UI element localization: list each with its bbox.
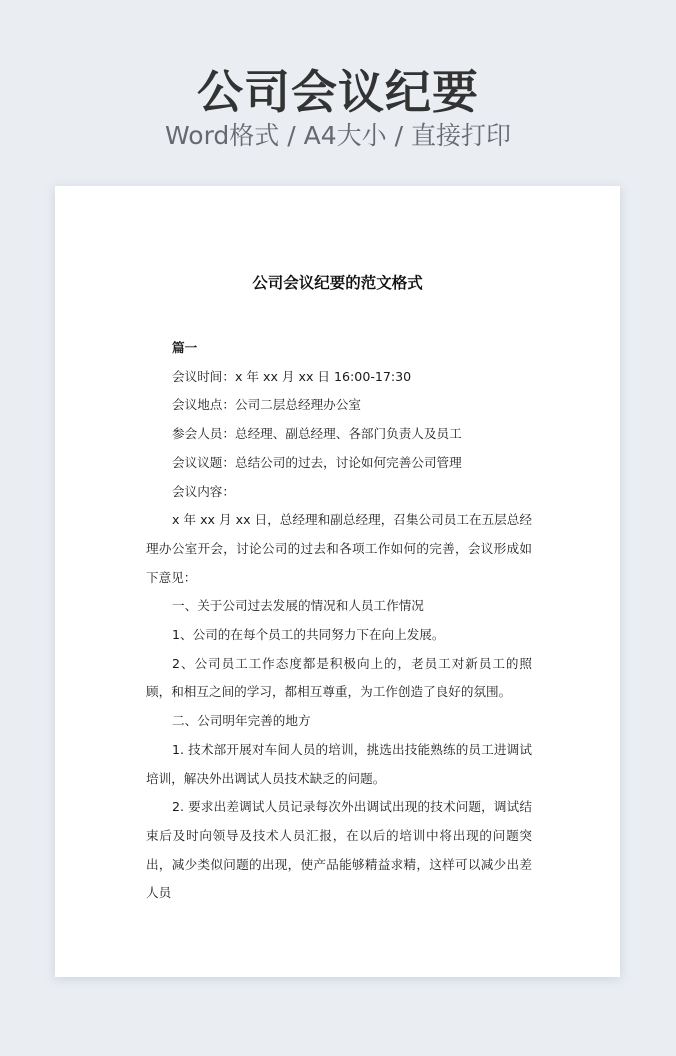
section-heading: 篇一 [146,334,532,363]
paragraph: 2. 要求出差调试人员记录每次外出调试出现的技术问题，调试结束后及时向领导及技术… [146,793,532,908]
paragraph: 二、公司明年完善的地方 [146,707,532,736]
document-title: 公司会议纪要的范文格式 [55,272,620,294]
document-body: 篇一 会议时间：x 年 xx 月 xx 日 16:00-17:30 会议地点：公… [146,334,532,908]
paragraph: 一、关于公司过去发展的情况和人员工作情况 [146,592,532,621]
meeting-topic: 会议议题：总结公司的过去，讨论如何完善公司管理 [146,449,532,478]
paragraph: 2、公司员工工作态度都是积极向上的，老员工对新员工的照顾，和相互之间的学习，都相… [146,650,532,707]
document-page: 公司会议纪要的范文格式 篇一 会议时间：x 年 xx 月 xx 日 16:00-… [55,186,620,977]
meeting-time: 会议时间：x 年 xx 月 xx 日 16:00-17:30 [146,363,532,392]
meeting-location: 会议地点：公司二层总经理办公室 [146,391,532,420]
paragraph: x 年 xx 月 xx 日，总经理和副总经理，召集公司员工在五层总经理办公室开会… [146,506,532,592]
paragraph: 1. 技术部开展对车间人员的培训，挑选出技能熟练的员工进调试培训，解决外出调试人… [146,736,532,793]
paragraph: 1、公司的在每个员工的共同努力下在向上发展。 [146,621,532,650]
banner-subtitle: Word格式 / A4大小 / 直接打印 [0,118,676,154]
meeting-attendees: 参会人员：总经理、副总经理、各部门负责人及员工 [146,420,532,449]
banner-title: 公司会议纪要 [0,62,676,122]
meeting-content-label: 会议内容： [146,478,532,507]
